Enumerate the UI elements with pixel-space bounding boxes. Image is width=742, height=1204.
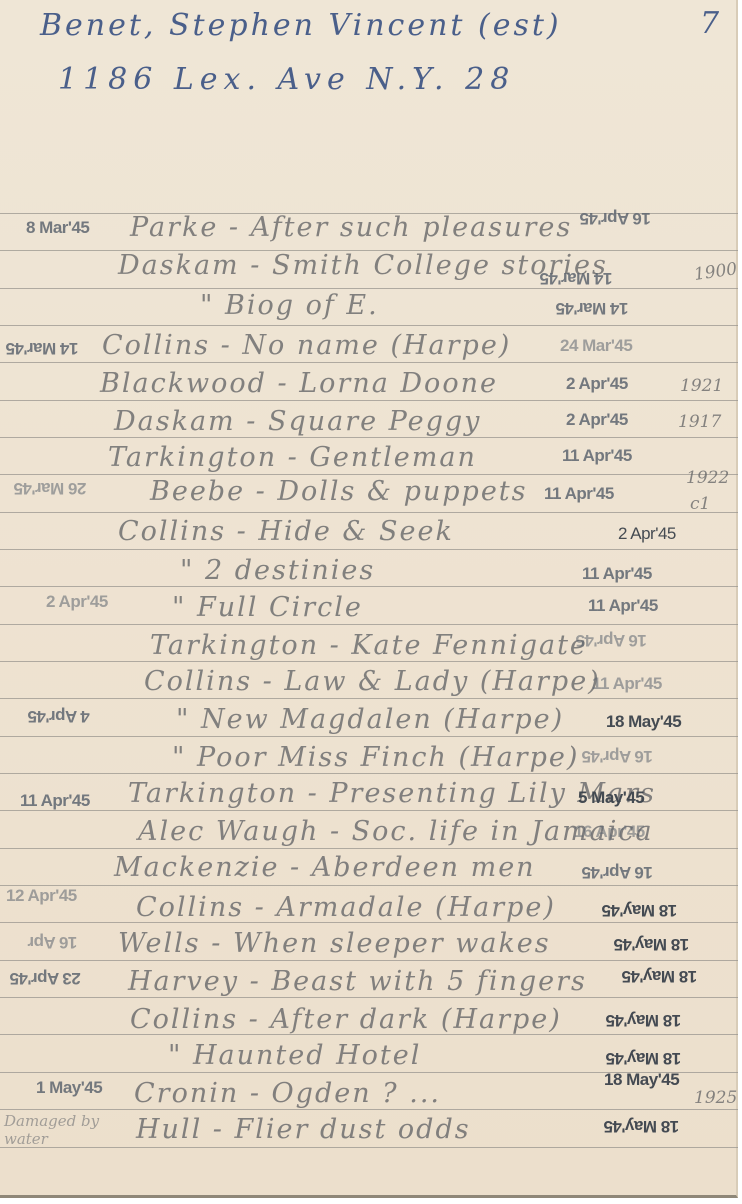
date-stamp: 18 May'45 (622, 966, 697, 986)
date-stamp: 12 Apr'45 (6, 886, 77, 906)
date-stamp: 11 Apr'45 (592, 674, 662, 694)
date-stamp: 14 Mar'45 (540, 268, 612, 288)
date-stamp: 18 May'45 (602, 900, 677, 920)
ruled-line (0, 885, 738, 886)
book-entry: Daskam - Square Peggy (114, 406, 481, 437)
publication-year: 1900 (693, 259, 739, 285)
ruled-line (0, 698, 738, 699)
ruled-line (0, 624, 738, 625)
book-entry: Harvey - Beast with 5 fingers (128, 966, 587, 997)
ruled-line (0, 736, 738, 737)
ruled-line (0, 437, 738, 438)
publication-year: 1917 (678, 412, 721, 432)
date-stamp: 26 Mar'45 (14, 478, 86, 498)
date-stamp: 18 May'45 (604, 1070, 679, 1090)
ruled-line (0, 362, 738, 363)
book-entry: Cronin - Ogden ? ... (134, 1078, 441, 1109)
book-entry: Collins - After dark (Harpe) (130, 1004, 562, 1035)
publication-year: 1921 (680, 376, 723, 396)
date-stamp: 2 Apr'45 (618, 524, 676, 544)
book-entry: Collins - Law & Lady (Harpe) (144, 666, 601, 697)
date-stamp: 2 Apr'45 (566, 410, 628, 430)
date-stamp: 18 May'45 (606, 1010, 681, 1030)
date-stamp: 23 Apr'45 (10, 968, 81, 988)
publication-year: 1925 (694, 1088, 737, 1108)
book-entry: Daskam - Smith College stories (118, 250, 608, 281)
date-stamp: 16 Apr'45 (582, 746, 653, 766)
ruled-line (0, 848, 738, 849)
ruled-line (0, 586, 738, 587)
book-entry: Tarkington - Gentleman (108, 442, 477, 473)
date-stamp: 2 Apr'45 (46, 592, 108, 612)
ruled-line (0, 997, 738, 998)
book-entry: Tarkington - Kate Fennigate (150, 630, 588, 661)
date-stamp: 16 Apr'45 (576, 630, 647, 650)
book-entry: Tarkington - Presenting Lily Mars (128, 778, 656, 809)
book-entry: Wells - When sleeper wakes (118, 928, 551, 959)
ruled-line (0, 400, 738, 401)
date-stamp: 18 May'45 (606, 712, 681, 732)
date-stamp: 11 Apr'45 (544, 484, 614, 504)
book-entry: Collins - Armadale (Harpe) (136, 892, 556, 923)
ruled-line (0, 325, 738, 326)
date-stamp: 4 Apr'45 (28, 706, 90, 726)
date-stamp: 16 Apr'45 (580, 208, 651, 228)
date-stamp: 16 Apr (28, 932, 77, 952)
book-entry: " Poor Miss Finch (Harpe) (172, 742, 579, 773)
ruled-line (0, 1109, 738, 1110)
date-stamp: 16 Apr'45 (582, 862, 653, 882)
date-stamp: 14 Mar'45 (6, 338, 78, 358)
date-stamp: 11 Apr'45 (588, 596, 658, 616)
date-stamp: 16 Apr'45 (574, 822, 645, 842)
date-stamp: 18 May'45 (606, 1048, 681, 1068)
book-entry: Beebe - Dolls & puppets (150, 476, 528, 507)
book-entry: Collins - No name (Harpe) (102, 330, 511, 361)
ruled-line (0, 474, 738, 475)
date-stamp: 11 Apr'45 (582, 564, 652, 584)
book-entry: Collins - Hide & Seek (118, 516, 454, 547)
book-entry: " 2 destinies (180, 555, 375, 586)
ruled-line (0, 773, 738, 774)
date-stamp: 11 Apr'45 (562, 446, 632, 466)
card-number: 7 (700, 6, 722, 41)
author-address: 1186 Lex. Ave N.Y. 28 (58, 62, 515, 97)
book-entry: " Full Circle (172, 592, 363, 623)
publication-year: c1 (690, 494, 710, 514)
book-entry: Parke - After such pleasures (130, 212, 572, 243)
ruled-line (0, 512, 738, 513)
damage-note: Damaged by water (4, 1112, 114, 1148)
date-stamp: 24 Mar'45 (560, 336, 632, 356)
book-entry: Blackwood - Lorna Doone (100, 368, 498, 399)
book-entry: " Biog of E. (200, 290, 379, 321)
book-entry: Hull - Flier dust odds (136, 1114, 471, 1145)
date-stamp: 1 May'45 (36, 1078, 102, 1098)
date-stamp: 8 Mar'45 (26, 218, 89, 238)
date-stamp: 2 Apr'45 (566, 374, 628, 394)
date-stamp: 14 Mar'45 (556, 298, 628, 318)
ruled-line (0, 661, 738, 662)
ruled-line (0, 810, 738, 811)
publication-year: 1922 (686, 468, 729, 488)
ruled-line (0, 549, 738, 550)
author-name: Benet, Stephen Vincent (est) (40, 8, 562, 43)
date-stamp: 18 May'45 (604, 1116, 679, 1136)
catalog-card: Benet, Stephen Vincent (est) 7 1186 Lex.… (0, 0, 738, 1198)
book-entry: " New Magdalen (Harpe) (176, 704, 564, 735)
book-entry: Mackenzie - Aberdeen men (114, 852, 536, 883)
date-stamp: 18 May'45 (614, 934, 689, 954)
book-entry: " Haunted Hotel (168, 1040, 421, 1071)
date-stamp: 5 May'45 (578, 788, 644, 808)
ruled-line (0, 960, 738, 961)
date-stamp: 11 Apr'45 (20, 791, 90, 811)
ruled-line (0, 288, 738, 289)
